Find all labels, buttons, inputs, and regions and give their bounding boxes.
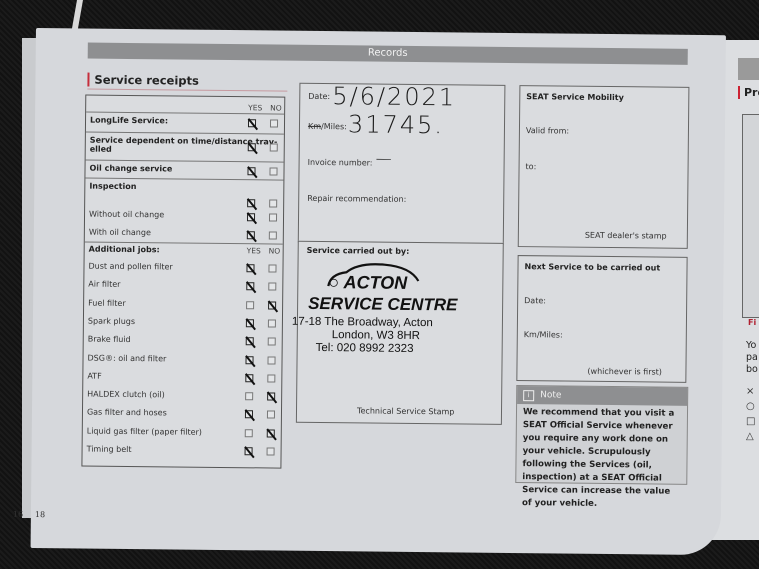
right-page-header-bar — [738, 58, 759, 80]
table-row: Oil change service — [85, 164, 283, 184]
next-km-label: Km/Miles: — [524, 330, 563, 339]
km-struck-label: Km — [308, 122, 321, 131]
right-page-line: pa — [746, 352, 758, 364]
table-row: HALDEX clutch (oil) — [83, 390, 281, 410]
yes-checkbox[interactable] — [246, 319, 254, 327]
section-title: Service receipts — [87, 73, 199, 88]
no-checkbox[interactable] — [269, 231, 277, 239]
service-type-label: LongLife Service: — [90, 116, 168, 126]
job-label: Gas filter and hoses — [87, 408, 167, 418]
circle-symbol-icon: ○ — [746, 401, 755, 412]
table-row: Air filter — [84, 280, 282, 300]
yes-checkbox[interactable] — [245, 374, 253, 382]
right-page-figure-caption: Fi — [748, 318, 756, 327]
valid-to-label: to: — [526, 162, 537, 171]
stamp-line-2: SERVICE CENTRE — [308, 294, 457, 316]
yes-checkbox[interactable] — [246, 301, 254, 309]
no-column-header: NO — [270, 103, 282, 111]
no-checkbox[interactable] — [269, 167, 277, 175]
job-label: Spark plugs — [88, 316, 135, 325]
previous-page-number: 16 — [13, 510, 23, 519]
service-type-label: With oil change — [89, 228, 151, 238]
right-page-title: Pre — [738, 86, 759, 99]
record-details-box: Date: 5/6/2021 Km/Miles: 31745. Invoice … — [298, 83, 506, 245]
yes-checkbox[interactable] — [248, 143, 256, 151]
miles-label-text: /Miles: — [321, 122, 347, 131]
service-book-page: Records Service receipts YESNOLongLife S… — [31, 28, 726, 555]
next-service-box: Next Service to be carried out Date: Km/… — [516, 255, 687, 383]
yes-column-header: YES — [247, 246, 261, 254]
yes-checkbox[interactable] — [245, 429, 253, 437]
right-page-line: bo — [746, 364, 758, 376]
no-checkbox[interactable] — [267, 429, 275, 437]
yes-checkbox[interactable] — [245, 392, 253, 400]
table-row: Inspection — [85, 182, 283, 212]
no-checkbox[interactable] — [268, 264, 276, 272]
table-row: Gas filter and hoses — [83, 408, 281, 428]
right-page-text: Yo pa bo — [746, 340, 758, 376]
valid-from-label: Valid from: — [526, 126, 569, 135]
job-label: DSG®: oil and filter — [88, 353, 167, 363]
yes-checkbox[interactable] — [245, 356, 253, 364]
table-row: ATF — [83, 371, 281, 391]
yes-checkbox[interactable] — [248, 119, 256, 127]
table-row: Liquid gas filter (paper filter) — [83, 426, 281, 446]
no-checkbox[interactable] — [268, 301, 276, 309]
service-receipts-table: YESNOLongLife Service:Service dependent … — [81, 95, 285, 469]
stamp-line-1: ○ ACTON — [328, 272, 407, 294]
no-checkbox[interactable] — [268, 283, 276, 291]
service-carried-out-box: Service carried out by: ○ ACTON SERVICE … — [296, 241, 504, 425]
table-row: Dust and pollen filter — [84, 262, 282, 282]
table-row: Brake fluid — [84, 335, 282, 355]
yes-checkbox[interactable] — [246, 337, 254, 345]
next-service-title: Next Service to be carried out — [524, 262, 660, 272]
service-type-label-line: elled — [90, 145, 112, 154]
job-label: Timing belt — [87, 445, 132, 454]
no-checkbox[interactable] — [270, 143, 278, 151]
stamp-city: London, W3 8HR — [332, 329, 420, 342]
yes-checkbox[interactable] — [245, 411, 253, 419]
stamp-address: 17-18 The Broadway, Acton — [292, 316, 433, 329]
date-label: Date: — [308, 92, 330, 101]
no-checkbox[interactable] — [267, 356, 275, 364]
job-label: HALDEX clutch (oil) — [87, 390, 165, 400]
no-column-header: NO — [269, 246, 281, 254]
table-row: Spark plugs — [84, 316, 282, 336]
table-row: Timing belt — [82, 445, 280, 465]
note-header: iNote — [517, 386, 687, 406]
repair-recommendation-label: Repair recommendation: — [307, 194, 406, 204]
no-checkbox[interactable] — [267, 374, 275, 382]
whichever-first-caption: (whichever is first) — [587, 367, 662, 377]
job-label: Brake fluid — [88, 335, 131, 344]
stamp-caption: Technical Service Stamp — [357, 406, 454, 416]
miles-label: Km/Miles: — [308, 122, 347, 131]
no-checkbox[interactable] — [267, 447, 275, 455]
right-page-line: Yo — [746, 340, 758, 352]
yes-column-header: YES — [248, 103, 262, 111]
page-number: 18 — [35, 510, 45, 519]
no-checkbox[interactable] — [267, 393, 275, 401]
note-body: We recommend that you visit a SEAT Offic… — [516, 404, 687, 514]
no-checkbox[interactable] — [267, 411, 275, 419]
table-header: YESNO — [86, 102, 284, 104]
invoice-value: — — [376, 149, 394, 168]
triangle-symbol-icon: △ — [746, 431, 754, 442]
dealer-stamp-caption: SEAT dealer's stamp — [585, 231, 667, 241]
no-checkbox[interactable] — [269, 213, 277, 221]
additional-jobs-title: Additional jobs: — [89, 245, 160, 255]
service-type-label: Inspection — [89, 182, 136, 191]
yes-checkbox[interactable] — [247, 231, 255, 239]
invoice-label: Invoice number: — [308, 158, 373, 168]
yes-checkbox[interactable] — [247, 167, 255, 175]
job-label: Dust and pollen filter — [88, 262, 172, 272]
table-row: Fuel filter — [84, 298, 282, 318]
section-title-rule — [87, 89, 287, 92]
stamp-phone: Tel: 020 8992 2323 — [316, 342, 414, 355]
service-mobility-box: SEAT Service Mobility Valid from: to: SE… — [518, 85, 690, 249]
date-value: 5/6/2021 — [332, 82, 456, 111]
section-header: Records — [88, 43, 688, 65]
service-type-label: Oil change service — [89, 164, 172, 174]
next-date-label: Date: — [524, 296, 546, 305]
table-row: DSG®: oil and filter — [83, 353, 281, 373]
mobility-title: SEAT Service Mobility — [526, 92, 624, 102]
job-label: Liquid gas filter (paper filter) — [87, 426, 202, 436]
yes-checkbox[interactable] — [247, 213, 255, 221]
carried-out-label: Service carried out by: — [307, 246, 410, 256]
note-title: Note — [540, 390, 561, 400]
no-checkbox[interactable] — [269, 199, 277, 207]
job-label: Fuel filter — [88, 298, 126, 307]
table-row: Without oil change — [85, 210, 283, 230]
job-label: Air filter — [88, 280, 120, 289]
stamp-name: ACTON — [343, 272, 407, 293]
no-checkbox[interactable] — [268, 338, 276, 346]
square-symbol-icon: □ — [746, 416, 755, 427]
miles-value: 31745. — [348, 110, 444, 139]
info-icon: i — [523, 390, 534, 401]
no-checkbox[interactable] — [270, 119, 278, 127]
right-page-figure — [742, 114, 759, 318]
service-type-label: Without oil change — [89, 210, 164, 220]
yes-checkbox[interactable] — [246, 283, 254, 291]
job-label: ATF — [87, 371, 101, 380]
yes-checkbox[interactable] — [246, 264, 254, 272]
cross-symbol-icon: × — [746, 386, 754, 397]
yes-checkbox[interactable] — [247, 199, 255, 207]
yes-checkbox[interactable] — [245, 447, 253, 455]
note-box: iNote We recommend that you visit a SEAT… — [515, 385, 688, 485]
no-checkbox[interactable] — [268, 319, 276, 327]
